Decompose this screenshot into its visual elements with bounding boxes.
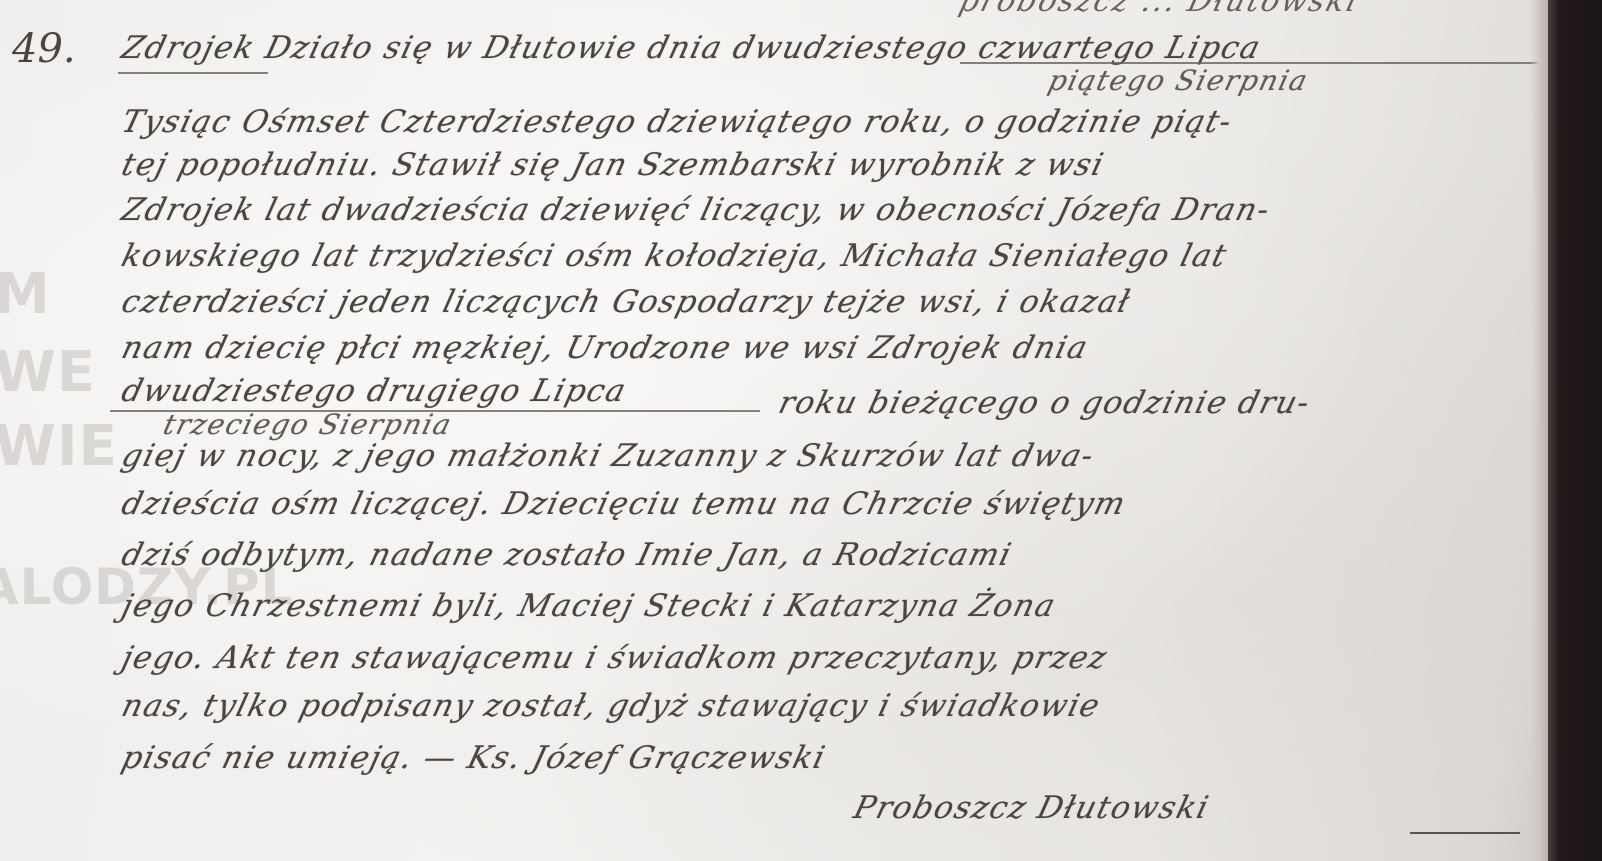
text-line-14: nas, tylko podpisany został, gdyż stawaj… <box>118 688 1104 724</box>
text-line-6: czterdzieści jeden liczących Gospodarzy … <box>118 284 1135 320</box>
text-line-5: kowskiego lat trzydzieści ośm kołodzieja… <box>118 238 1231 274</box>
watermark-line-1: M <box>0 262 51 327</box>
closing-dash <box>1410 832 1520 834</box>
text-line-15: pisać nie umieją. — Ks. Józef Grączewski <box>118 740 830 776</box>
text-line-10: dzieścia ośm liczącej. Dziecięciu temu n… <box>118 486 1130 522</box>
text-line-correction-2: trzeciego Sierpnia <box>160 408 456 441</box>
text-line-correction-1: piątego Sierpnia <box>1045 64 1312 97</box>
text-line-16-signature-title: Proboszcz Dłutowski <box>850 790 1213 826</box>
text-line-11: dziś odbytym, nadane zostało Imie Jan, a… <box>118 537 1016 573</box>
text-line-8: dwudziestego drugiego Lipca <box>118 373 631 409</box>
watermark-line-3: WIE <box>0 414 118 479</box>
register-page: M WE WIE ALODZY.PL proboszcz ... Dłutows… <box>0 0 1548 861</box>
text-line-3: tej popołudniu. Stawił się Jan Szembarsk… <box>118 147 1108 183</box>
text-line-8b: roku bieżącego o godzinie dru- <box>775 385 1314 421</box>
book-binding <box>1548 0 1602 861</box>
page-edge <box>1530 0 1548 861</box>
text-line-9: giej w nocy, z jego małżonki Zuzanny z S… <box>118 438 1099 474</box>
text-line-12: jego Chrzestnemi byli, Maciej Stecki i K… <box>118 588 1060 624</box>
text-line-7: nam dziecię płci męzkiej, Urodzone we ws… <box>118 330 1092 366</box>
underline-margin-name <box>118 72 268 74</box>
watermark-line-2: WE <box>0 340 96 405</box>
text-line-13: jego. Akt ten stawającemu i świadkom prz… <box>118 640 1111 676</box>
text-line-4: Zdrojek lat dwadzieścia dziewięć liczący… <box>118 192 1274 228</box>
text-line-1: Zdrojek Działo się w Dłutowie dnia dwudz… <box>118 30 1265 66</box>
entry-number: 49. <box>12 26 76 72</box>
previous-entry-signature-fragment: proboszcz ... Dłutowski <box>956 0 1363 19</box>
text-line-2: Tysiąc Ośmset Czterdziestego dziewiątego… <box>118 104 1237 140</box>
